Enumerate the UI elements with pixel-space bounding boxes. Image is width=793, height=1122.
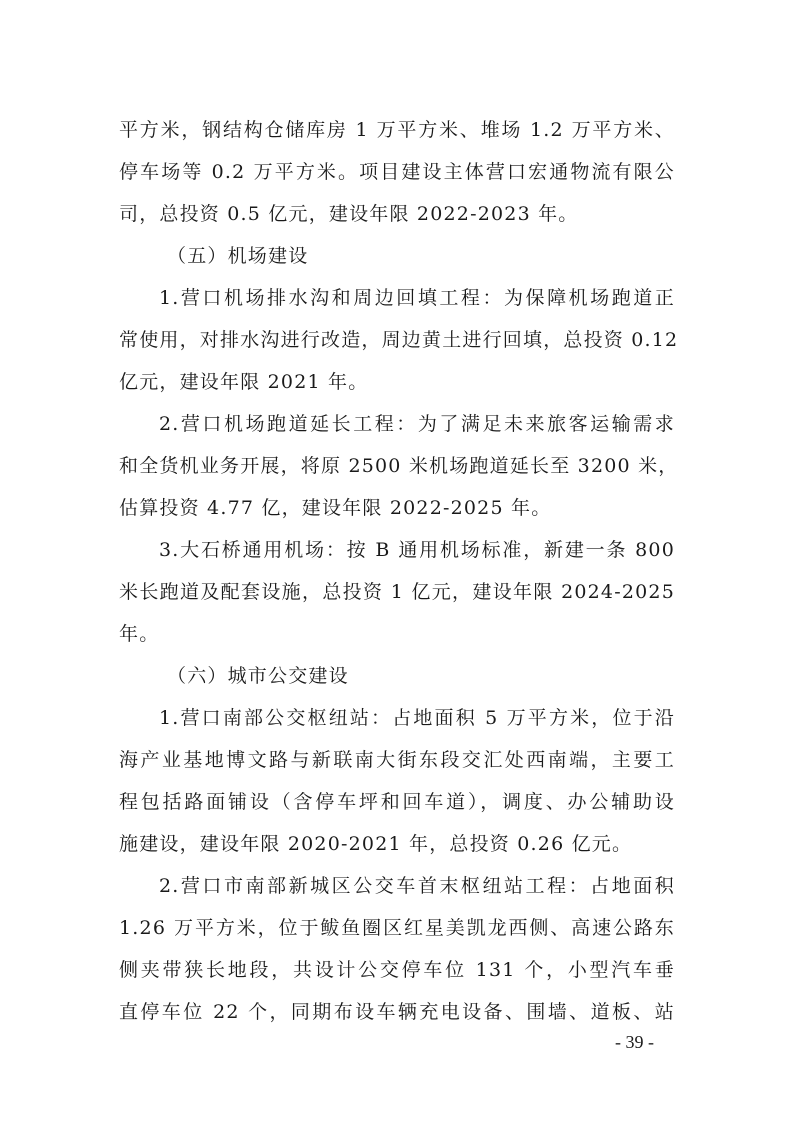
paragraph-line: 1.营口南部公交枢纽站：占地面积 5 万平方米，位于沿 xyxy=(119,697,675,739)
paragraph-line: 米长跑道及配套设施，总投资 1 亿元，建设年限 2024-2025 xyxy=(119,571,675,613)
section-heading-bus: （六）城市公交建设 xyxy=(119,655,675,697)
document-page: 平方米，钢结构仓储库房 1 万平方米、堆场 1.2 万平方米、 停车场等 0.2… xyxy=(119,109,675,1033)
paragraph-line: 海产业基地博文路与新联南大街东段交汇处西南端，主要工 xyxy=(119,739,675,781)
paragraph-line: 平方米，钢结构仓储库房 1 万平方米、堆场 1.2 万平方米、 xyxy=(119,109,675,151)
paragraph-line: 停车场等 0.2 万平方米。项目建设主体营口宏通物流有限公 xyxy=(119,151,675,193)
paragraph-line: 常使用，对排水沟进行改造，周边黄土进行回填，总投资 0.12 xyxy=(119,319,675,361)
paragraph-line: 亿元，建设年限 2021 年。 xyxy=(119,361,675,403)
paragraph-line: 直停车位 22 个，同期布设车辆充电设备、围墙、道板、站 xyxy=(119,991,675,1033)
paragraph-line: 2.营口机场跑道延长工程：为了满足未来旅客运输需求 xyxy=(119,403,675,445)
paragraph-line: 司，总投资 0.5 亿元，建设年限 2022-2023 年。 xyxy=(119,193,675,235)
section-heading-airport: （五）机场建设 xyxy=(119,235,675,277)
paragraph-line: 2.营口市南部新城区公交车首末枢纽站工程：占地面积 xyxy=(119,865,675,907)
paragraph-line: 施建设，建设年限 2020-2021 年，总投资 0.26 亿元。 xyxy=(119,823,675,865)
paragraph-line: 程包括路面铺设（含停车坪和回车道），调度、办公辅助设 xyxy=(119,781,675,823)
paragraph-line: 年。 xyxy=(119,613,675,655)
paragraph-line: 和全货机业务开展，将原 2500 米机场跑道延长至 3200 米， xyxy=(119,445,675,487)
paragraph-line: 3.大石桥通用机场：按 B 通用机场标准，新建一条 800 xyxy=(119,529,675,571)
page-number: - 39 - xyxy=(615,1032,654,1053)
paragraph-line: 估算投资 4.77 亿，建设年限 2022-2025 年。 xyxy=(119,487,675,529)
paragraph-line: 1.营口机场排水沟和周边回填工程：为保障机场跑道正 xyxy=(119,277,675,319)
paragraph-line: 侧夹带狭长地段，共设计公交停车位 131 个，小型汽车垂 xyxy=(119,949,675,991)
paragraph-line: 1.26 万平方米，位于鲅鱼圈区红星美凯龙西侧、高速公路东 xyxy=(119,907,675,949)
